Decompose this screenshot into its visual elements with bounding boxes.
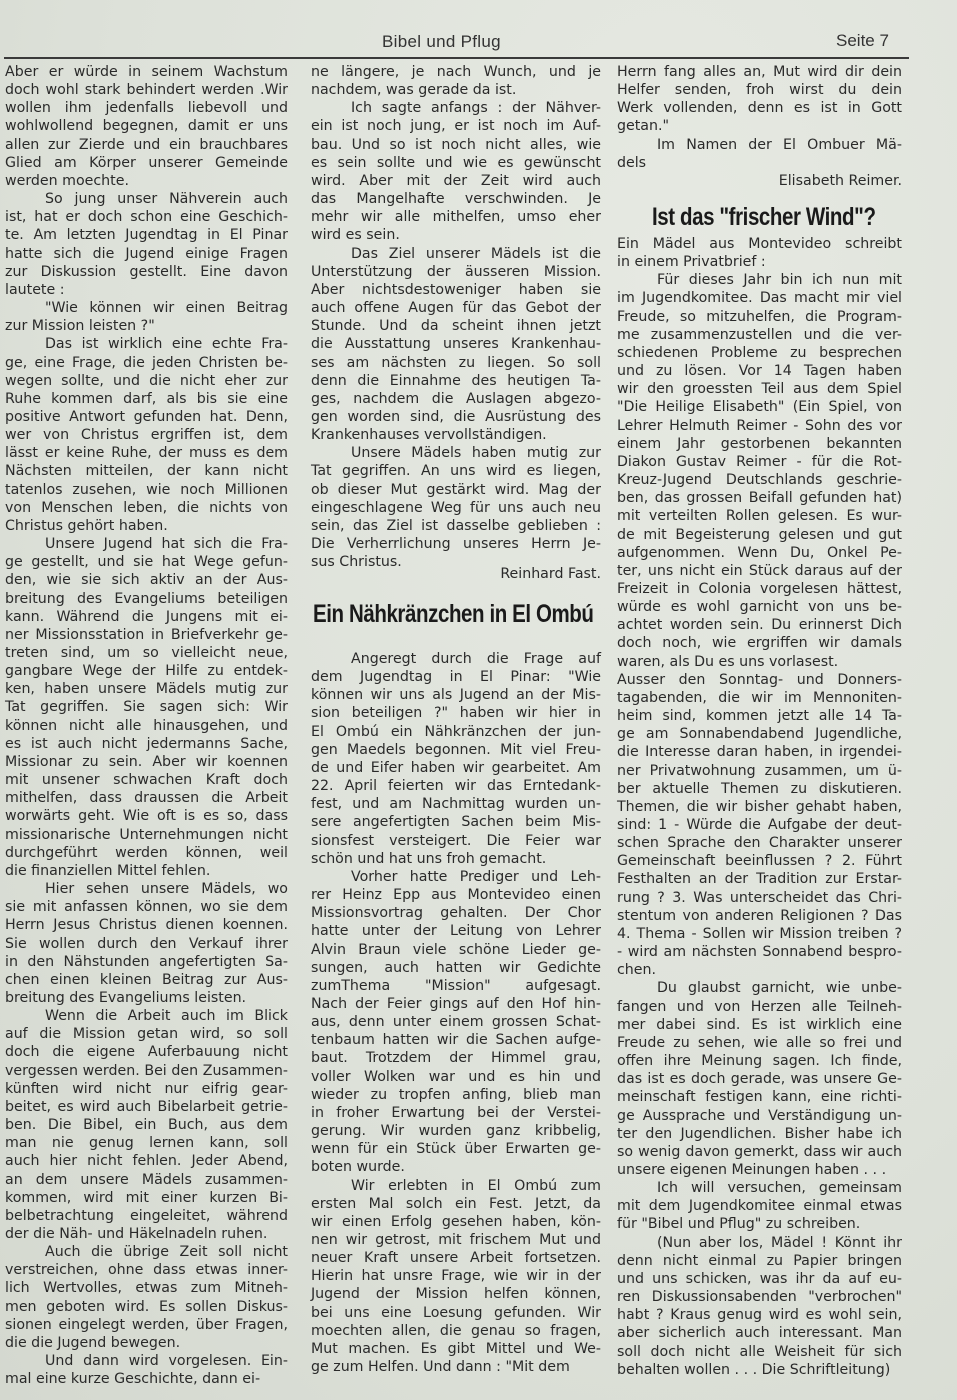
text-line: Freude zu sehen, wie alle so frei und [617,1034,902,1052]
text-line: für "Bibel und Pflug" zu schreiben. [617,1215,902,1233]
text-line: Im Namen der El Ombuer Mä- [617,136,902,154]
text-line: mit verteilten Rollen gelesen. Es wur- [617,507,902,525]
text-line: und uns schicken, was ihr da auf eu- [617,1270,902,1288]
text-line: denn die Einnahme des heutigen Ta- [311,372,601,390]
text-line: können wir uns als Jugend an der Mis- [311,686,601,704]
text-line: bau. Und so ist noch nicht alles, wie [311,136,601,154]
text-line: würde es wohl garnicht von uns be- [617,598,902,616]
text-line: Die Verherrlichung unseres Herrn Je- [311,535,601,553]
text-line: sie mit anfassen können, wo sie dem [5,898,288,916]
text-line: Wir erlebten in El Ombú zum [311,1177,601,1195]
text-line: sere angefertigten Sachen beim Mis- [311,813,601,831]
text-line: habt ? Kraus genug wird es wohl sein, [617,1306,902,1324]
author-signature: Elisabeth Reimer. [617,172,902,190]
text-line: ne längere, je nach Wunch, und je [311,63,601,81]
text-line: Unterstützung der äusseren Mission. [311,263,601,281]
text-line: wenn für ein Stück über Erwarten ge- [311,1140,601,1158]
text-line: auch offene Augen für das Gebot der [311,299,601,317]
text-line: schön und hat uns froh gemacht. [311,850,601,868]
text-line: Kreuz-Jugend Deutschlands geschrie- [617,471,902,489]
text-line: Herrn Jesus Christus dienen koennen. [5,916,288,934]
text-line: lich Wertvolles, etwas zum Mitneh- [5,1279,288,1297]
author-signature: Reinhard Fast. [311,565,601,583]
text-line: breitung des Evangeliums beteiligen [5,590,288,608]
text-line: wird. Aber mit der Zeit wird auch [311,172,601,190]
text-line: getan." [617,117,902,135]
text-line: ben, das grossen Beifall gefunden hat) [617,489,902,507]
text-line: Unsere Jugend hat sich die Fra- [5,535,288,553]
text-line: die finanziellen Mittel fehlen. [5,862,288,880]
text-line: rung ? 3. Was unterscheidet das Chri- [617,889,902,907]
text-line: achtet worden sein. Du erinnerst Dich [617,616,902,634]
text-line: wir einen Erfolg gesehen haben, kön- [311,1213,601,1231]
column-1: Aber er würde in seinem Wachstumdoch woh… [5,63,288,1388]
text-line: Tat gegriffen. An uns wird es liegen, [311,462,601,480]
text-line: gen worden sind, die Ausrüstung des [311,408,601,426]
text-line: Missionar zu sein. Aber wir koennen [5,753,288,771]
text-line: in den Nähstunden angefertigten Sa- [5,953,288,971]
text-line: der die Näh- und Häkelnadeln ruhen. [5,1225,288,1243]
text-line: sungen, auch hatten wir Gedichte [311,959,601,977]
text-line: doch die eigene Auferbauung nicht [5,1043,288,1061]
text-line: rer Heinz Epp aus Montevideo einen [311,886,601,904]
text-line: Tat gegriffen. Sie sagen sich: Wir [5,698,288,716]
text-line: mithelfen, dass draussen die Arbeit [5,789,288,807]
text-line: Wenn die Arbeit auch im Blick [5,1007,288,1025]
text-line: beitet, es wird auch Bibelarbeit getrie- [5,1098,288,1116]
text-line: wer von Christus ergriffen ist, dem [5,426,288,444]
text-line: die die Jugend bewegen. [5,1334,288,1352]
text-line: die Interesse daran haben, in irgendei- [617,743,902,761]
text-line: Unsere Mädels haben mutig zur [311,444,601,462]
text-line: baut. Trotzdem der Himmel grau, [311,1049,601,1067]
text-line: ren Diskussionsabenden "verbrochen" [617,1288,902,1306]
text-line: Und dann wird vorgelesen. Ein- [5,1352,288,1370]
publication-title: Bibel und Pflug [382,32,501,52]
text-line: ge Aussprache und Verständigung un- [617,1107,902,1125]
text-line: aber sicherlich auch interessant. Man [617,1324,902,1342]
text-line: dels [617,154,902,172]
text-line: breitung des Evangeliums leisten. [5,989,288,1007]
text-line: ge gestellt, und sie hat Wege gefun- [5,553,288,571]
text-line: Festhalten an der Tradition zur Erstar- [617,870,902,888]
text-line: sion beteiligen ?" haben wir hier in [311,704,601,722]
text-line: lautete : [5,281,288,299]
text-line: den, wie sie sich aktiv an der Aus- [5,571,288,589]
text-line: El Ombú ein Nähkränzchen der jun- [311,723,601,741]
text-line: tenbaum hatten wir die Sachen aufge- [311,1031,601,1049]
text-line: Sie wollen durch den Verkauf ihrer [5,935,288,953]
text-line: ken, haben unsere Mädels mutig zur [5,680,288,698]
text-line: sind: 1 - Würde die Aufgabe der deut- [617,816,902,834]
text-line: chen einen kleinen Beitrag zur Aus- [5,971,288,989]
text-line: Herrn fang alles an, Mut wird dir dein [617,63,902,81]
text-line: von Menschen leben, die nichts von [5,499,288,517]
text-line: Stunde. Und da scheint ihnen jetzt [311,317,601,335]
text-line: te. Am letzten Jugendtag in El Pinar [5,226,288,244]
text-line: tagabenden, die wir im Mennoniten- [617,689,902,707]
text-line: gen Maedels begonnen. Mit viel Freu- [311,741,601,759]
text-line: stentum von anderen Religionen ? Das [617,907,902,925]
text-line: missionarische Unternehmungen nicht [5,826,288,844]
text-line: im Jugendkomitee. Das macht mir viel [617,289,902,307]
text-line: gangbare Wege der Hilfe zu entdek- [5,662,288,680]
text-line: wollen ihm jedenfalls liebevoll und [5,99,288,117]
text-line: Das Ziel unserer Mädels ist die [311,245,601,263]
text-line: kann. Während die Jungens mit ei- [5,608,288,626]
text-line: ter, uns nicht ein Stück daraus auf der [617,562,902,580]
text-line: waren, als Du es uns vorlasest. [617,653,902,671]
text-line: durchgeführt werden können, weil [5,844,288,862]
text-line: mehr wir alle mithelfen, umso eher [311,208,601,226]
text-line: Helfer senden, froh wirst du dein [617,81,902,99]
text-line: wieder zu tropfen anfing, blieb man [311,1086,601,1104]
page-header: Bibel und Pflug Seite 7 [0,28,957,58]
text-line: mit dem Jugendkomitee einmal etwas [617,1197,902,1215]
text-line: Nach der Feier gings auf den Hof hin- [311,995,601,1013]
text-line: Aber nichtsdestoweniger haben sie [311,281,601,299]
text-line: und zu lösen. Vor 14 Tagen haben [617,362,902,380]
text-line: so wenig davon gemerkt, dass wir auch [617,1143,902,1161]
text-line: Das ist wirklich eine echte Fra- [5,335,288,353]
article-headline-frischer-wind: Ist das "frischer Wind"? [652,203,876,232]
text-line: wohlwollend begegnen, damit er uns [5,117,288,135]
text-line: auf die Mission getan wird, so soll [5,1025,288,1043]
text-line: wird es sein. [311,226,601,244]
text-line: fangen und von Herzen alle Teilneh- [617,998,902,1016]
text-line: mer dabei sind. Es ist wirklich eine [617,1016,902,1034]
article-headline-naehkraenzchen: Ein Nähkränzchen in El Ombú [313,600,594,629]
text-line: schen Sprache den Charakter unserer [617,834,902,852]
text-line: Du glaubst garnicht, wie unbe- [617,979,902,997]
text-line: es sein sollte und wie es gewünscht [311,154,601,172]
text-line: können nicht alle hinausgehen, und [5,717,288,735]
text-line: positive Antwort gefunden hat. Denn, [5,408,288,426]
text-line: Gemeinschaft beeinflussen ? 2. Führt [617,852,902,870]
text-line: lässt er keine Ruhe, der muss es dem [5,444,288,462]
text-line: 22. April feierten wir das Erntedank- [311,777,601,795]
text-line: zumThema "Mission" aufgesagt. [311,977,601,995]
text-line: Lehrer Helmuth Reimer - Sohn des vor [617,417,902,435]
text-line: Auch die übrige Zeit soll nicht [5,1243,288,1261]
text-line: moechten allen, die genau so fragen, [311,1322,601,1340]
text-line: nen wir getrost, mit frischem Mut und [311,1231,601,1249]
text-line: hatte unter der Leitung von Lehrer [311,922,601,940]
text-line: belbetrachtung eingeleitet, während [5,1207,288,1225]
text-line: "Wie können wir einen Beitrag [5,299,288,317]
text-line: Jugend der Mission helfen können, [311,1285,601,1303]
text-line: es ist auch nicht jedermanns Sache, [5,735,288,753]
text-line: ob dieser Mut gestärkt wird. Mag der [311,481,601,499]
text-line: de und Eifer haben wir gearbeitet. Am [311,759,601,777]
article-frischer-wind-body: Ein Mädel aus Montevideo schreibtin eine… [617,235,902,1379]
text-line: verstreichen, ohne dass etwas inner- [5,1261,288,1279]
text-line: meinschaft festigen kann, eine richti- [617,1088,902,1106]
text-line: mit unsener schwachen Kraft doch [5,771,288,789]
text-line: Missionsvortrag gehalten. Der Chor [311,904,601,922]
text-line: wegen sollte, und die nicht eher zur [5,372,288,390]
text-line: Mut machen. Es gibt Mittel und We- [311,1340,601,1358]
text-line: Vorher hatte Prediger und Leh- [311,868,601,886]
text-line: man nie genug lernen kann, soll [5,1134,288,1152]
text-line: offen ihre Meinung sagen. Ich finde, [617,1052,902,1070]
text-line: Für dieses Jahr bin ich nun mit [617,271,902,289]
text-line: ge, eine Frage, die jeden Christen be- [5,354,288,372]
text-line: tatenlos zusehen, wie noch Millionen [5,481,288,499]
text-line: ges, nachdem die Auslagen abgezo- [311,390,601,408]
text-line: Nächsten mitteilen, der kann nicht [5,462,288,480]
text-line: ter den Jugendlichen. Bisher habe ich [617,1125,902,1143]
text-line: bei uns eine Loesung gefunden. Wir [311,1304,601,1322]
text-line: "Die Heilige Elisabeth" (Ein Spiel, von [617,398,902,416]
text-line: Ausser den Sonntag- und Donners- [617,671,902,689]
text-line: ben. Die Bibel, ein Buch, aus dem [5,1116,288,1134]
text-line: ses am nächsten zu liegen. So soll [311,354,601,372]
text-line: doch noch, wie ergriffen wir damals [617,634,902,652]
text-line: mal eine kurze Geschichte, dann ei- [5,1370,288,1388]
text-line: aufgenommen. Wenn Du, Onkel Pe- [617,544,902,562]
text-line: sionen eingelegt werden, über Fragen, [5,1316,288,1334]
text-line: fest, und am Nachmittag wurden un- [311,795,601,813]
text-line: aus, denn unter einem grossen Schat- [311,1013,601,1031]
text-line: ge zum Helfen. Und dann : "Mit dem [311,1358,601,1376]
text-line: in froher Erwartung bei der Verstei- [311,1104,601,1122]
text-line: ist, hat er doch schon eine Geschich- [5,208,288,226]
text-line: zur Diskussion gestellt. Eine davon [5,263,288,281]
text-line: Christus gehört haben. [5,517,288,535]
text-line: men geboten wird. Es sollen Diskus- [5,1298,288,1316]
text-line: das Mangelhafte verschwinden. Je [311,190,601,208]
text-line: doch wohl stark behindert werden .Wir [5,81,288,99]
text-line: wir den groessten Teil aus dem Spiel [617,380,902,398]
text-line: zur Mission leisten ?" [5,317,288,335]
text-line: Diakon Gustav Reimer - für die Rot- [617,453,902,471]
text-line: worwärts geht. Wie oft is es so, dass [5,807,288,825]
text-line: boten wurde. [311,1158,601,1176]
text-line: behalten wollen . . . Die Schriftleitung… [617,1361,902,1379]
text-line: Glied am Körper unserer Gemeinde [5,154,288,172]
text-line: Themen, die wir bisher gehabt haben, [617,798,902,816]
text-line: allen zur Zierde und ein brauchbares [5,136,288,154]
text-line: ner Missionsstation in Briefverkehr ge- [5,626,288,644]
text-line: (Nun aber los, Mädel ! Könnt ihr [617,1234,902,1252]
text-line: eingeschlagene Weg für uns auch neu [311,499,601,517]
text-line: in einem Privatbrief : [617,253,902,271]
text-line: Ruhe kommen darf, als bis sie eine [5,390,288,408]
text-line: 4. Thema - Sollen wir Mission treiben ? [617,925,902,943]
text-line: nachdem, was gerade da ist. [311,81,601,99]
text-line: unsere eigenen Meinungen haben . . . [617,1161,902,1179]
text-line: Ich will versuchen, gemeinsam [617,1179,902,1197]
text-line: me zusammenzustellen und die ver- [617,326,902,344]
text-line: gerung. Wir wurden ganz kribbelig, [311,1122,601,1140]
text-line: ber aktuelle Themen zu diskutieren. [617,780,902,798]
text-line: - wird am nächsten Sonnabend bespro- [617,943,902,961]
text-line: dem Jugendtag in El Pinar: "Wie [311,668,601,686]
text-line: kommen, wird mit einer kurzen Bi- [5,1189,288,1207]
signature-reinhard-fast: Reinhard Fast. [311,565,601,583]
text-line: sein, das Ziel ist dasselbe geblieben : [311,517,601,535]
text-line: ein ist noch jung, er ist noch im Auf- [311,117,601,135]
text-line: Ich sagte anfangs : der Nähver- [311,99,601,117]
text-line: treten sind, um so vielleicht neue, [5,644,288,662]
text-line: ersten Mal solch ein Fest. Jetzt, da [311,1195,601,1213]
header-rule [4,57,909,59]
text-line: Hier sehen unsere Mädels, wo [5,880,288,898]
text-line: Werk vollenden, denn es ist in Gott [617,99,902,117]
text-line: de mit Begeisterung gelesen und gut [617,526,902,544]
text-line: hatte sich die Jugend einige Fragen [5,245,288,263]
signature-elisabeth-reimer: Elisabeth Reimer. [617,172,902,190]
text-line: werden moechte. [5,172,288,190]
text-line: künften wird nicht nur eifrig gear- [5,1080,288,1098]
text-line: ner Privatwohnung zusammen, um ü- [617,762,902,780]
text-line: Hierin hat unsre Frage, wie wir in der [311,1267,601,1285]
article-naehkraenzchen-body: Angeregt durch die Frage aufdem Jugendta… [311,650,601,1376]
text-line: das ist es doch gerade, was unsere Ge- [617,1070,902,1088]
text-line: heim sind, kommen jetzt alle 14 Ta- [617,707,902,725]
text-line: denn nicht einmal zu Papier bringen [617,1252,902,1270]
text-line: So jung unser Nähverein auch [5,190,288,208]
text-line: Aber er würde in seinem Wachstum [5,63,288,81]
text-line: chen. [617,961,902,979]
text-line: auch hier nicht fehlen. Jeder Abend, [5,1152,288,1170]
text-line: Freude, so mitzuhelfen, die Program- [617,308,902,326]
text-line: Angeregt durch die Frage auf [311,650,601,668]
text-line: einem Jahr gestorbenen bekannten [617,435,902,453]
text-line: voller Wolken war und es hin und [311,1068,601,1086]
text-line: vergessen werden. Bei den Zusammen- [5,1062,288,1080]
text-line: soll doch nicht alle Weisheit für sich [617,1343,902,1361]
text-line: Krankenhauses vervollständigen. [311,426,601,444]
text-line: schiedenen Probleme zu besprechen [617,344,902,362]
text-line: ge am Sonnabendabend Jugendliche, [617,725,902,743]
text-line: neuer Kraft unsere Arbeit fortsetzen. [311,1249,601,1267]
text-line: Alvin Braun viele schöne Lieder ge- [311,941,601,959]
text-line: Freizeit in Colonia vorgelesen hättest, [617,580,902,598]
text-line: an dem unsere Mädels zusammen- [5,1171,288,1189]
page-number: Seite 7 [836,31,889,51]
text-line: Ein Mädel aus Montevideo schreibt [617,235,902,253]
column-3-continuation: Herrn fang alles an, Mut wird dir deinHe… [617,63,902,172]
text-line: die Ausstattung unseres Krankenhau- [311,335,601,353]
text-line: sionsfest versteigert. Die Feier war [311,832,601,850]
column-2-continuation: ne längere, je nach Wunch, und jenachdem… [311,63,601,571]
